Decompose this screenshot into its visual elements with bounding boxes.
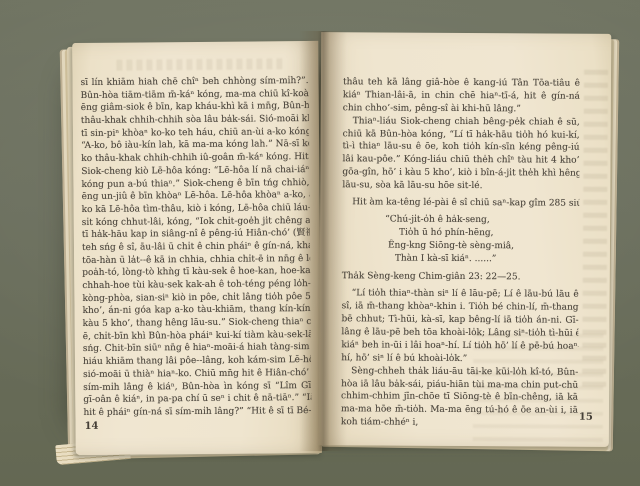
text-line: Êng-kng Siōng-tè sèng-miâ, xyxy=(388,239,579,253)
text-line: koh tiám-chhéⁿ i, xyxy=(341,417,578,431)
ink-bleed-through xyxy=(116,58,286,70)
text-line: Tio̍h ū hó phín-hēng, xyxy=(399,226,579,240)
text-line: chin chho’-sim, pêng-sî ài khi-hū lâng.” xyxy=(343,102,580,116)
text-line: hí, hō’ siⁿ lí ê bú khoài-lo̍k.” xyxy=(341,352,578,366)
text-line: Thiaⁿ-liáu Siok-cheng chiah bêng-pe̍k ch… xyxy=(343,115,580,129)
text-line: kiáⁿ beh in-ūi i lâi hoaⁿ-hí. Lí tio̍h h… xyxy=(341,339,578,353)
text-line: Sèng-chheh tha̍k liáu-āu tāi-ke kūi-lo̍h… xyxy=(341,365,578,379)
text-line: kiáⁿ Thian-lâi-ā, in chin chē hiaⁿ-tī-á,… xyxy=(343,89,580,103)
text-line: hit ê pháiⁿ gín-ná sī sím-mi̍h lâng?” “H… xyxy=(83,405,311,420)
left-page-text: sī lín khiām hiah chē chîⁿ beh chhòng sí… xyxy=(81,75,312,420)
text-line: Tha̍k Sèng-keng Chim-giân 23: 22—25. xyxy=(342,271,579,285)
text-line: “Chú-ji̍t-o̍h ê ha̍k-seng, xyxy=(385,213,579,227)
ink-bleed-through xyxy=(582,70,608,390)
text-line: Thàn I kà-sī kiáⁿ. ......” xyxy=(395,252,579,266)
left-page: sī lín khiām hiah chē chîⁿ beh chhòng sí… xyxy=(72,41,322,455)
text-line: Hit àm ka-têng lé-pài ê sî chiū saⁿ-kap … xyxy=(342,196,579,210)
right-page-text: thâu teh kā lâng giâ-hòe ê kang-iú Tân T… xyxy=(341,76,580,431)
right-page-number: 15 xyxy=(579,412,593,423)
left-page-number: 14 xyxy=(85,421,99,432)
text-line: lāu-su, sòa kā lāu-su hōe sit-lé. xyxy=(342,179,579,193)
right-page: thâu teh kā lâng giâ-hòe ê kang-iú Tân T… xyxy=(319,32,612,447)
text-line: thâu teh kā lâng giâ-hòe ê kang-iú Tân T… xyxy=(343,76,580,90)
photo-background: sī lín khiām hiah chē chîⁿ beh chhòng sí… xyxy=(0,0,640,486)
